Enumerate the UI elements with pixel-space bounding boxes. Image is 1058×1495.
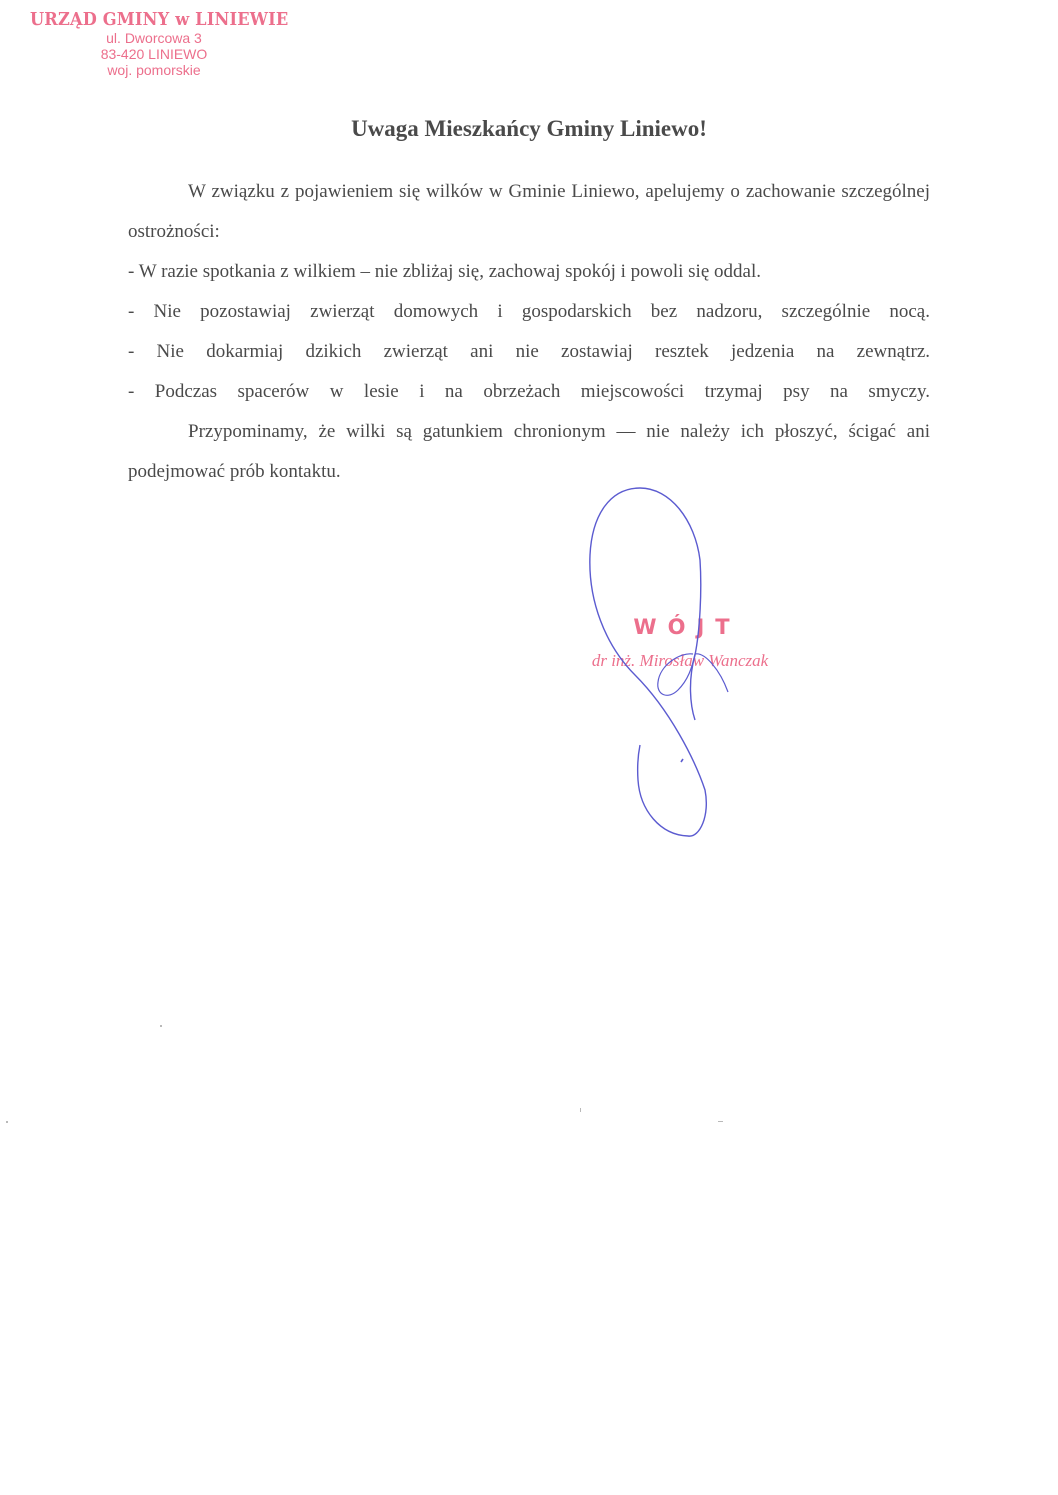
bullet-item: - Podczas spacerów w lesie i na obrzeżac… bbox=[128, 372, 930, 412]
scan-speck bbox=[6, 1121, 8, 1123]
scan-speck bbox=[580, 1108, 581, 1112]
scan-speck bbox=[718, 1121, 723, 1122]
office-stamp: URZĄD GMINY w LINIEWIE ul. Dworcowa 3 83… bbox=[30, 10, 270, 78]
official-seal: WÓJT dr inż. Mirosław Wanczak bbox=[580, 615, 780, 671]
closing-paragraph: Przypominamy, że wilki są gatunkiem chro… bbox=[128, 412, 930, 492]
stamp-office-name: URZĄD GMINY w LINIEWIE bbox=[30, 10, 246, 30]
bullet-item: - Nie pozostawiaj zwierząt domowych i go… bbox=[128, 292, 930, 332]
bullet-item: - Nie dokarmiaj dzikich zwierząt ani nie… bbox=[128, 332, 930, 372]
stamp-street: ul. Dworcowa 3 bbox=[38, 30, 270, 46]
stamp-postcode-city: 83-420 LINIEWO bbox=[38, 46, 270, 62]
scan-speck bbox=[160, 1025, 162, 1027]
seal-role: WÓJT bbox=[594, 615, 780, 639]
bullet-item: - W razie spotkania z wilkiem – nie zbli… bbox=[128, 252, 930, 292]
intro-paragraph: W związku z pojawieniem się wilków w Gmi… bbox=[128, 172, 930, 252]
document-body: W związku z pojawieniem się wilków w Gmi… bbox=[128, 172, 930, 492]
stamp-region: woj. pomorskie bbox=[38, 62, 270, 78]
document-title: Uwaga Mieszkańcy Gminy Liniewo! bbox=[0, 116, 1058, 142]
seal-name: dr inż. Mirosław Wanczak bbox=[580, 651, 780, 671]
